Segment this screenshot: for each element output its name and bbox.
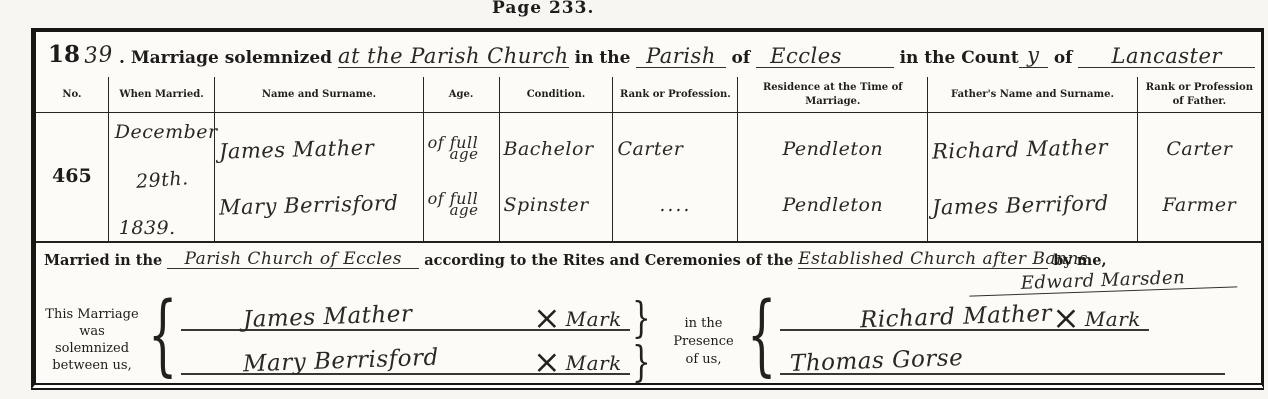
cell-ages: of full age of full age (423, 113, 499, 242)
groom-rank: Carter (617, 138, 733, 160)
open-brace-glyph: { (747, 303, 776, 366)
witness-signatures: Richard Mather × Mark Thomas Gorse (780, 299, 1253, 375)
marriage-solemnized-label: This Marriage was solemnized between us, (40, 299, 144, 375)
officiant-signature: Edward Marsden (969, 268, 1238, 297)
col-header-father-name: Father's Name and Surname. (928, 77, 1137, 113)
church-handwritten: Parish Church of Eccles (167, 251, 419, 270)
groom-condition: Bachelor (504, 138, 609, 160)
witness-1-mark-x: × (1052, 308, 1080, 328)
town-handwritten: Eccles (756, 45, 893, 68)
witness-2-row: Thomas Gorse (780, 344, 1253, 375)
bride-signature-row: Mary Berrisford × Mark } (181, 344, 654, 375)
open-brace-glyph: { (148, 303, 177, 366)
cell-father-names: Richard Mather James Berriford (928, 113, 1137, 242)
bride-mark-x: × (533, 352, 561, 372)
when-month: December (115, 121, 211, 143)
rites-handwritten: Established Church after Banns (798, 251, 1048, 270)
married-in-the-label: Married in the (44, 252, 162, 269)
groom-signature: James Mather (243, 304, 413, 332)
col-header-name: Name and Surname. (215, 77, 423, 113)
place-handwritten: at the Parish Church (338, 45, 569, 68)
col-header-rank: Rank or Profession. (613, 77, 738, 113)
county-prefix-label: in the Count (900, 48, 1019, 68)
bride-name: Mary Berrisford (219, 190, 419, 219)
bride-rank: .... (617, 194, 733, 216)
register-frame: 1839 . Marriage solemnized at the Parish… (31, 28, 1264, 390)
rites-label: according to the Rites and Ceremonies of… (424, 252, 793, 269)
entry-number: 465 (36, 165, 108, 187)
parish-handwritten: Parish (636, 45, 725, 68)
when-day: 29th. (136, 167, 190, 193)
col-header-father-rank: Rank or Profession of Father. (1137, 77, 1261, 113)
cell-conditions: Bachelor Spinster (499, 113, 613, 242)
groom-father-name: Richard Mather (932, 134, 1133, 163)
bride-residence: Pendleton (742, 194, 923, 216)
bride-condition: Spinster (504, 194, 609, 216)
groom-father-rank: Carter (1142, 138, 1257, 160)
col-header-condition: Condition. (499, 77, 613, 113)
ceremony-statement: Married in the Parish Church of Eccles a… (36, 243, 1261, 298)
groom-residence: Pendleton (742, 138, 923, 160)
groom-mark-x: × (533, 308, 561, 328)
cell-father-ranks: Carter Farmer (1137, 113, 1261, 242)
col-header-when-married: When Married. (108, 77, 215, 113)
cell-entry-no: 465 (36, 113, 108, 242)
bride-father-rank: Farmer (1142, 194, 1257, 216)
close-brace-glyph: } (632, 305, 651, 331)
groom-mark-word: Mark (566, 310, 622, 329)
page-number: Page 233. (492, 0, 594, 18)
year-handwritten: 39 (83, 42, 114, 69)
bride-age: of full age (428, 192, 495, 218)
solemnized-label: . Marriage solemnized (119, 48, 332, 68)
groom-age: of full age (428, 136, 495, 162)
table-header-row: No. When Married. Name and Surname. Age.… (36, 77, 1261, 113)
col-header-no: No. (36, 77, 108, 113)
signature-section: This Marriage was solemnized between us,… (36, 297, 1261, 383)
register-headline: 1839 . Marriage solemnized at the Parish… (36, 32, 1261, 77)
year-printed: 18 (48, 41, 80, 68)
bride-father-name: James Berriford (932, 190, 1133, 219)
in-the-label: in the (575, 48, 631, 68)
when-year: 1839. (119, 217, 176, 239)
cell-residences: Pendleton Pendleton (738, 113, 928, 242)
presence-label: in the Presence of us, (665, 299, 743, 375)
close-brace-glyph: } (632, 349, 651, 375)
col-header-residence: Residence at the Time of Marriage. (738, 77, 928, 113)
witness-1-row: Richard Mather × Mark (780, 300, 1253, 331)
parties-signatures: James Mather × Mark } Mary Berrisford × … (181, 299, 654, 375)
of-label-2: of (1054, 48, 1073, 68)
of-label: of (732, 48, 751, 68)
groom-signature-row: James Mather × Mark } (181, 300, 654, 331)
bride-signature: Mary Berrisford (243, 347, 439, 376)
cell-names: James Mather Mary Berrisford (215, 113, 423, 242)
register-table: No. When Married. Name and Surname. Age.… (36, 77, 1261, 243)
table-row: 465 December 29th. 1839. James Mather Ma… (36, 113, 1261, 242)
witness-1-signature: Richard Mather (860, 304, 1053, 333)
col-header-age: Age. (423, 77, 499, 113)
witness-2-signature: Thomas Gorse (790, 348, 964, 376)
witness-1-mark-word: Mark (1085, 310, 1141, 329)
cell-when-married: December 29th. 1839. (108, 113, 215, 242)
groom-name: James Mather (219, 134, 419, 163)
cell-ranks: Carter .... (613, 113, 738, 242)
county-handwritten: Lancaster (1078, 45, 1255, 68)
bride-mark-word: Mark (566, 354, 622, 373)
county-y-handwritten: y (1019, 43, 1048, 68)
by-me-label: by me, (1053, 252, 1106, 269)
